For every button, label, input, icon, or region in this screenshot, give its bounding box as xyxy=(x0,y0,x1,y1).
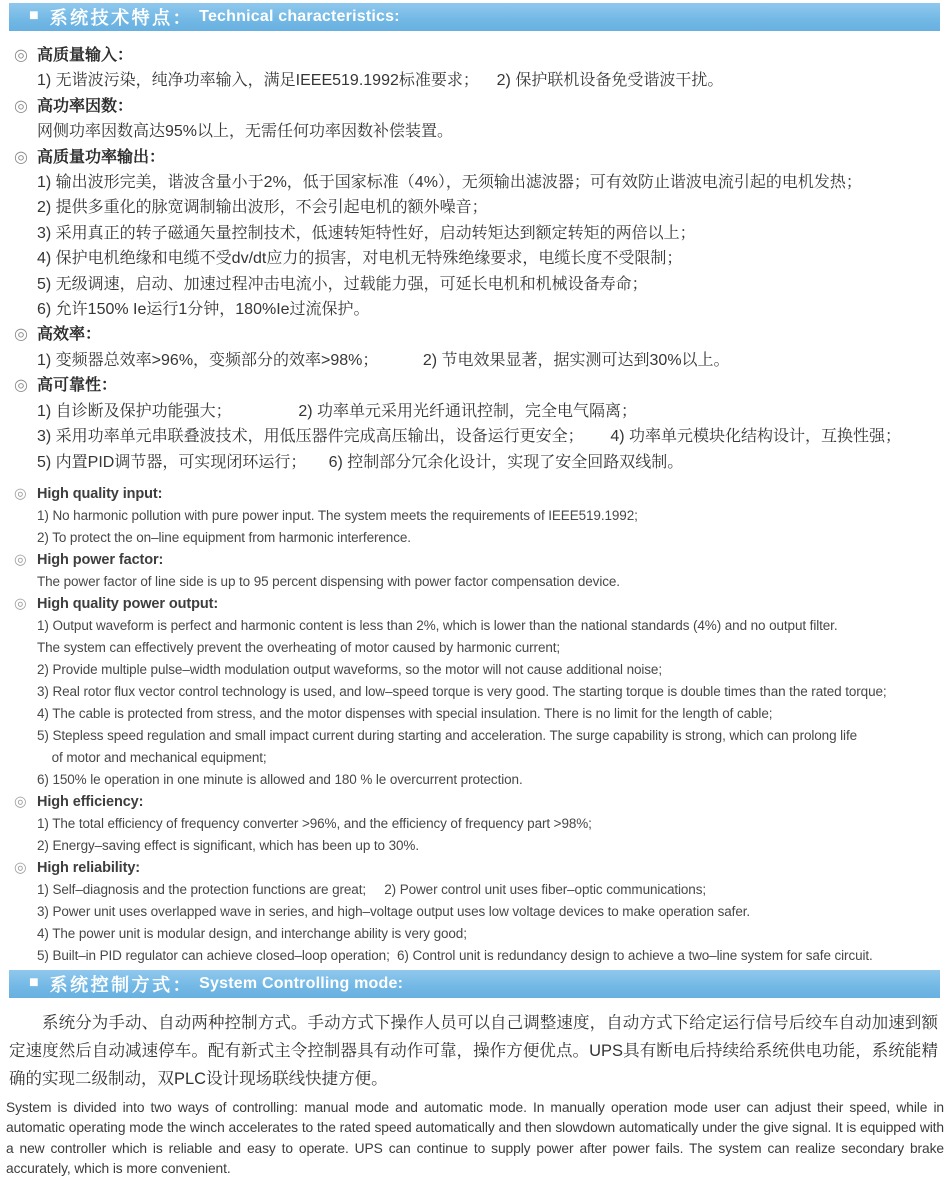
cn-section-high-quality-power-output: ◎ 高质量功率输出： 1) 输出波形完美，谐波含量小于2%，低于国家标准（4%）… xyxy=(0,145,950,323)
double-circle-bullet-icon: ◎ xyxy=(14,593,27,615)
feature-line: 1) 自诊断及保护功能强大； 2) 功率单元采用光纤通讯控制，完全电气隔离； xyxy=(0,399,950,424)
section-heading: ◎ High efficiency: xyxy=(0,791,950,813)
feature-line: 2) Energy–saving effect is significant, … xyxy=(0,835,950,857)
en-section-high-power-factor: ◎ High power factor: The power factor of… xyxy=(0,549,950,593)
cn-section-high-reliability: ◎ 高可靠性： 1) 自诊断及保护功能强大； 2) 功率单元采用光纤通讯控制，完… xyxy=(0,373,950,475)
en-feature-list: ◎ High quality input: 1) No harmonic pol… xyxy=(0,483,950,967)
feature-line: 6) 150% le operation in one minute is al… xyxy=(0,769,950,791)
feature-line: 3) Real rotor flux vector control techno… xyxy=(0,681,950,703)
square-bullet-icon: ■ xyxy=(29,975,39,991)
feature-line: 1) No harmonic pollution with pure power… xyxy=(0,505,950,527)
section-header-technical-characteristics: ■ 系统技术特点： Technical characteristics: xyxy=(9,3,940,31)
feature-line: The system can effectively prevent the o… xyxy=(0,637,950,659)
section-heading-label: High quality power output: xyxy=(37,596,218,612)
feature-line: 3) 采用功率单元串联叠波技术，用低压器件完成高压输出，设备运行更安全； 4) … xyxy=(0,424,950,449)
feature-line: 4) 保护电机绝缘和电缆不受dv/dt应力的损害，对电机无特殊绝缘要求，电缆长度… xyxy=(0,246,950,271)
cn-section-high-efficiency: ◎ 高效率： 1) 变频器总效率>96%，变频部分的效率>98%； 2) 节电效… xyxy=(0,322,950,373)
control-mode-paragraph-cn: 系统分为手动、自动两种控制方式。手动方式下操作人员可以自己调整速度，自动方式下给… xyxy=(9,1009,938,1093)
en-section-high-efficiency: ◎ High efficiency: 1) The total efficien… xyxy=(0,791,950,857)
double-circle-bullet-icon: ◎ xyxy=(14,322,28,347)
section-heading-label: 高质量功率输出： xyxy=(37,149,165,166)
section-heading-label: 高功率因数： xyxy=(37,98,133,115)
feature-line: 1) 无谐波污染，纯净功率输入，满足IEEE519.1992标准要求； 2) 保… xyxy=(0,68,950,93)
cn-feature-list: ◎ 高质量输入： 1) 无谐波污染，纯净功率输入，满足IEEE519.1992标… xyxy=(0,43,950,475)
cn-section-high-power-factor: ◎ 高功率因数： 网侧功率因数高达95%以上，无需任何功率因数补偿装置。 xyxy=(0,94,950,145)
section-heading-label: 高质量输入： xyxy=(37,47,133,64)
feature-line: 2) To protect the on–line equipment from… xyxy=(0,527,950,549)
feature-line: 1) The total efficiency of frequency con… xyxy=(0,813,950,835)
section-heading: ◎ High quality input: xyxy=(0,483,950,505)
manual-page: ■ 系统技术特点： Technical characteristics: ◎ 高… xyxy=(0,3,950,1180)
double-circle-bullet-icon: ◎ xyxy=(14,94,28,119)
feature-line: 1) Self–diagnosis and the protection fun… xyxy=(0,879,950,901)
feature-line: The power factor of line side is up to 9… xyxy=(0,571,950,593)
en-section-high-reliability: ◎ High reliability: 1) Self–diagnosis an… xyxy=(0,857,950,967)
feature-line: 5) 内置PID调节器，可实现闭环运行； 6) 控制部分冗余化设计，实现了安全回… xyxy=(0,450,950,475)
header-title-cn: 系统控制方式： xyxy=(50,971,194,997)
section-heading-label: 高可靠性： xyxy=(37,377,117,394)
en-section-high-quality-power-output: ◎ High quality power output: 1) Output w… xyxy=(0,593,950,791)
double-circle-bullet-icon: ◎ xyxy=(14,43,28,68)
feature-line: 1) 变频器总效率>96%，变频部分的效率>98%； 2) 节电效果显著，据实测… xyxy=(0,348,950,373)
en-section-high-quality-input: ◎ High quality input: 1) No harmonic pol… xyxy=(0,483,950,549)
cn-section-high-quality-input: ◎ 高质量输入： 1) 无谐波污染，纯净功率输入，满足IEEE519.1992标… xyxy=(0,43,950,94)
section-heading: ◎ 高功率因数： xyxy=(0,94,950,119)
feature-line: 4) The cable is protected from stress, a… xyxy=(0,703,950,725)
section-heading-label: High reliability: xyxy=(37,860,140,876)
section-heading: ◎ High reliability: xyxy=(0,857,950,879)
section-header-system-controlling-mode: ■ 系统控制方式： System Controlling mode: xyxy=(9,970,940,998)
section-heading: ◎ 高质量输入： xyxy=(0,43,950,68)
section-heading: ◎ 高可靠性： xyxy=(0,373,950,398)
feature-line: 2) 提供多重化的脉宽调制输出波形，不会引起电机的额外噪音； xyxy=(0,195,950,220)
double-circle-bullet-icon: ◎ xyxy=(14,857,27,879)
section-heading-label: 高效率： xyxy=(37,326,101,343)
square-bullet-icon: ■ xyxy=(29,8,39,24)
feature-line: 4) The power unit is modular design, and… xyxy=(0,923,950,945)
feature-line: 网侧功率因数高达95%以上，无需任何功率因数补偿装置。 xyxy=(0,119,950,144)
feature-line: 5) Built–in PID regulator can achieve cl… xyxy=(0,945,950,967)
double-circle-bullet-icon: ◎ xyxy=(14,549,27,571)
feature-line: 6) 允许150% Ie运行1分钟，180%Ie过流保护。 xyxy=(0,297,950,322)
section-heading: ◎ 高质量功率输出： xyxy=(0,145,950,170)
section-heading-label: High efficiency: xyxy=(37,794,143,810)
feature-line: 5) 无级调速，启动、加速过程冲击电流小，过载能力强，可延长电机和机械设备寿命； xyxy=(0,272,950,297)
feature-line: of motor and mechanical equipment; xyxy=(0,747,950,769)
section-heading: ◎ High quality power output: xyxy=(0,593,950,615)
control-mode-paragraph-en: System is divided into two ways of contr… xyxy=(6,1098,944,1180)
section-heading-label: High power factor: xyxy=(37,552,163,568)
feature-line: 3) Power unit uses overlapped wave in se… xyxy=(0,901,950,923)
feature-line: 2) Provide multiple pulse–width modulati… xyxy=(0,659,950,681)
feature-line: 1) 输出波形完美，谐波含量小于2%，低于国家标准（4%），无须输出滤波器；可有… xyxy=(0,170,950,195)
feature-line: 3) 采用真正的转子磁通矢量控制技术，低速转矩特性好，启动转矩达到额定转矩的两倍… xyxy=(0,221,950,246)
double-circle-bullet-icon: ◎ xyxy=(14,373,28,398)
header-title-en: Technical characteristics: xyxy=(199,8,400,26)
section-heading: ◎ High power factor: xyxy=(0,549,950,571)
feature-line: 1) Output waveform is perfect and harmon… xyxy=(0,615,950,637)
double-circle-bullet-icon: ◎ xyxy=(14,145,28,170)
header-title-cn: 系统技术特点： xyxy=(50,4,194,30)
header-title-en: System Controlling mode: xyxy=(199,975,403,993)
double-circle-bullet-icon: ◎ xyxy=(14,483,27,505)
double-circle-bullet-icon: ◎ xyxy=(14,791,27,813)
section-heading-label: High quality input: xyxy=(37,486,162,502)
feature-line: 5) Stepless speed regulation and small i… xyxy=(0,725,950,747)
section-heading: ◎ 高效率： xyxy=(0,322,950,347)
